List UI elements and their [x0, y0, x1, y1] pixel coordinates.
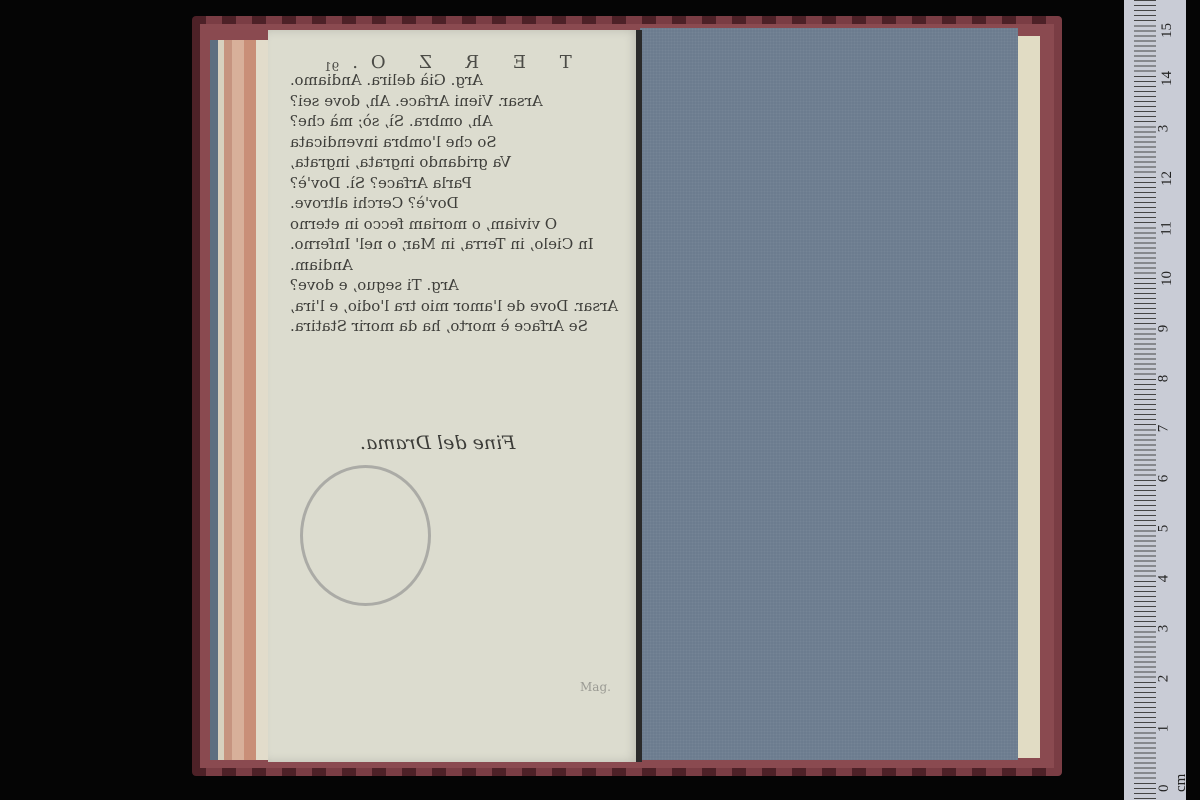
verse-line: O viviam, o moriam fecco in eterno — [290, 214, 630, 235]
verse-line: Arg. Ti seguo, e dove? — [290, 275, 630, 296]
right-flyleaf-edge — [1018, 36, 1040, 758]
ruler-label: 0 cm — [1156, 766, 1190, 792]
ruler: 0 cm 1 2 3 4 5 6 7 8 9 10 11 12 3 14 15 — [1124, 0, 1186, 800]
ruler-label: 3 — [1155, 625, 1172, 633]
ruler-label: 11 — [1159, 221, 1176, 235]
verse-line: Va gridando ingrata, ingrata, — [290, 152, 630, 173]
ruler-label: 12 — [1159, 171, 1176, 186]
page-edges — [210, 40, 270, 760]
ruler-label: 5 — [1155, 525, 1172, 533]
ruler-label: 8 — [1155, 375, 1172, 383]
verse-line: Parla Arface? Sì. Dov'è? — [290, 173, 630, 194]
verse-line: In Cielo, in Terra, in Mar, o nel' Infer… — [290, 234, 630, 255]
ruler-label: 7 — [1155, 425, 1172, 433]
verse-line: Arsar. Dove de l'amor mio tra l'odio, e … — [290, 296, 630, 317]
ruler-label: 9 — [1155, 325, 1172, 333]
verse-line: Arsar. Vieni Arface. Ah, dove sei? — [290, 91, 630, 112]
ruler-label: 4 — [1155, 575, 1172, 583]
closing-line: Fine del Drama. — [360, 432, 515, 454]
ruler-label: 6 — [1155, 475, 1172, 483]
ruler-label: 3 — [1155, 125, 1172, 133]
verse-line: Ah, ombra. Sì, sò; mà che? — [290, 111, 630, 132]
ruler-label: 1 — [1155, 725, 1172, 733]
catchword: Mag. — [580, 680, 611, 694]
ruler-label: 15 — [1159, 23, 1176, 38]
verse-line: Se Arface è morto, ha da morir Statira. — [290, 316, 630, 337]
verse-line: Andiam. — [290, 255, 630, 276]
verse-line: Dov'è? Cerchi altrove. — [290, 193, 630, 214]
ruler-label: 14 — [1159, 71, 1176, 86]
verse-lines: Arg. Già delira. Andiamo. Arsar. Vieni A… — [290, 70, 630, 337]
library-stamp — [300, 465, 431, 606]
ruler-ticks — [1134, 0, 1156, 800]
ruler-label: 10 — [1159, 271, 1176, 286]
gutter — [636, 30, 642, 762]
verse-line: So che l'ombra invendicata — [290, 132, 630, 153]
blue-endpaper — [640, 28, 1018, 760]
verse-line: Arg. Già delira. Andiamo. — [290, 70, 630, 91]
ruler-label: 2 — [1155, 675, 1172, 683]
